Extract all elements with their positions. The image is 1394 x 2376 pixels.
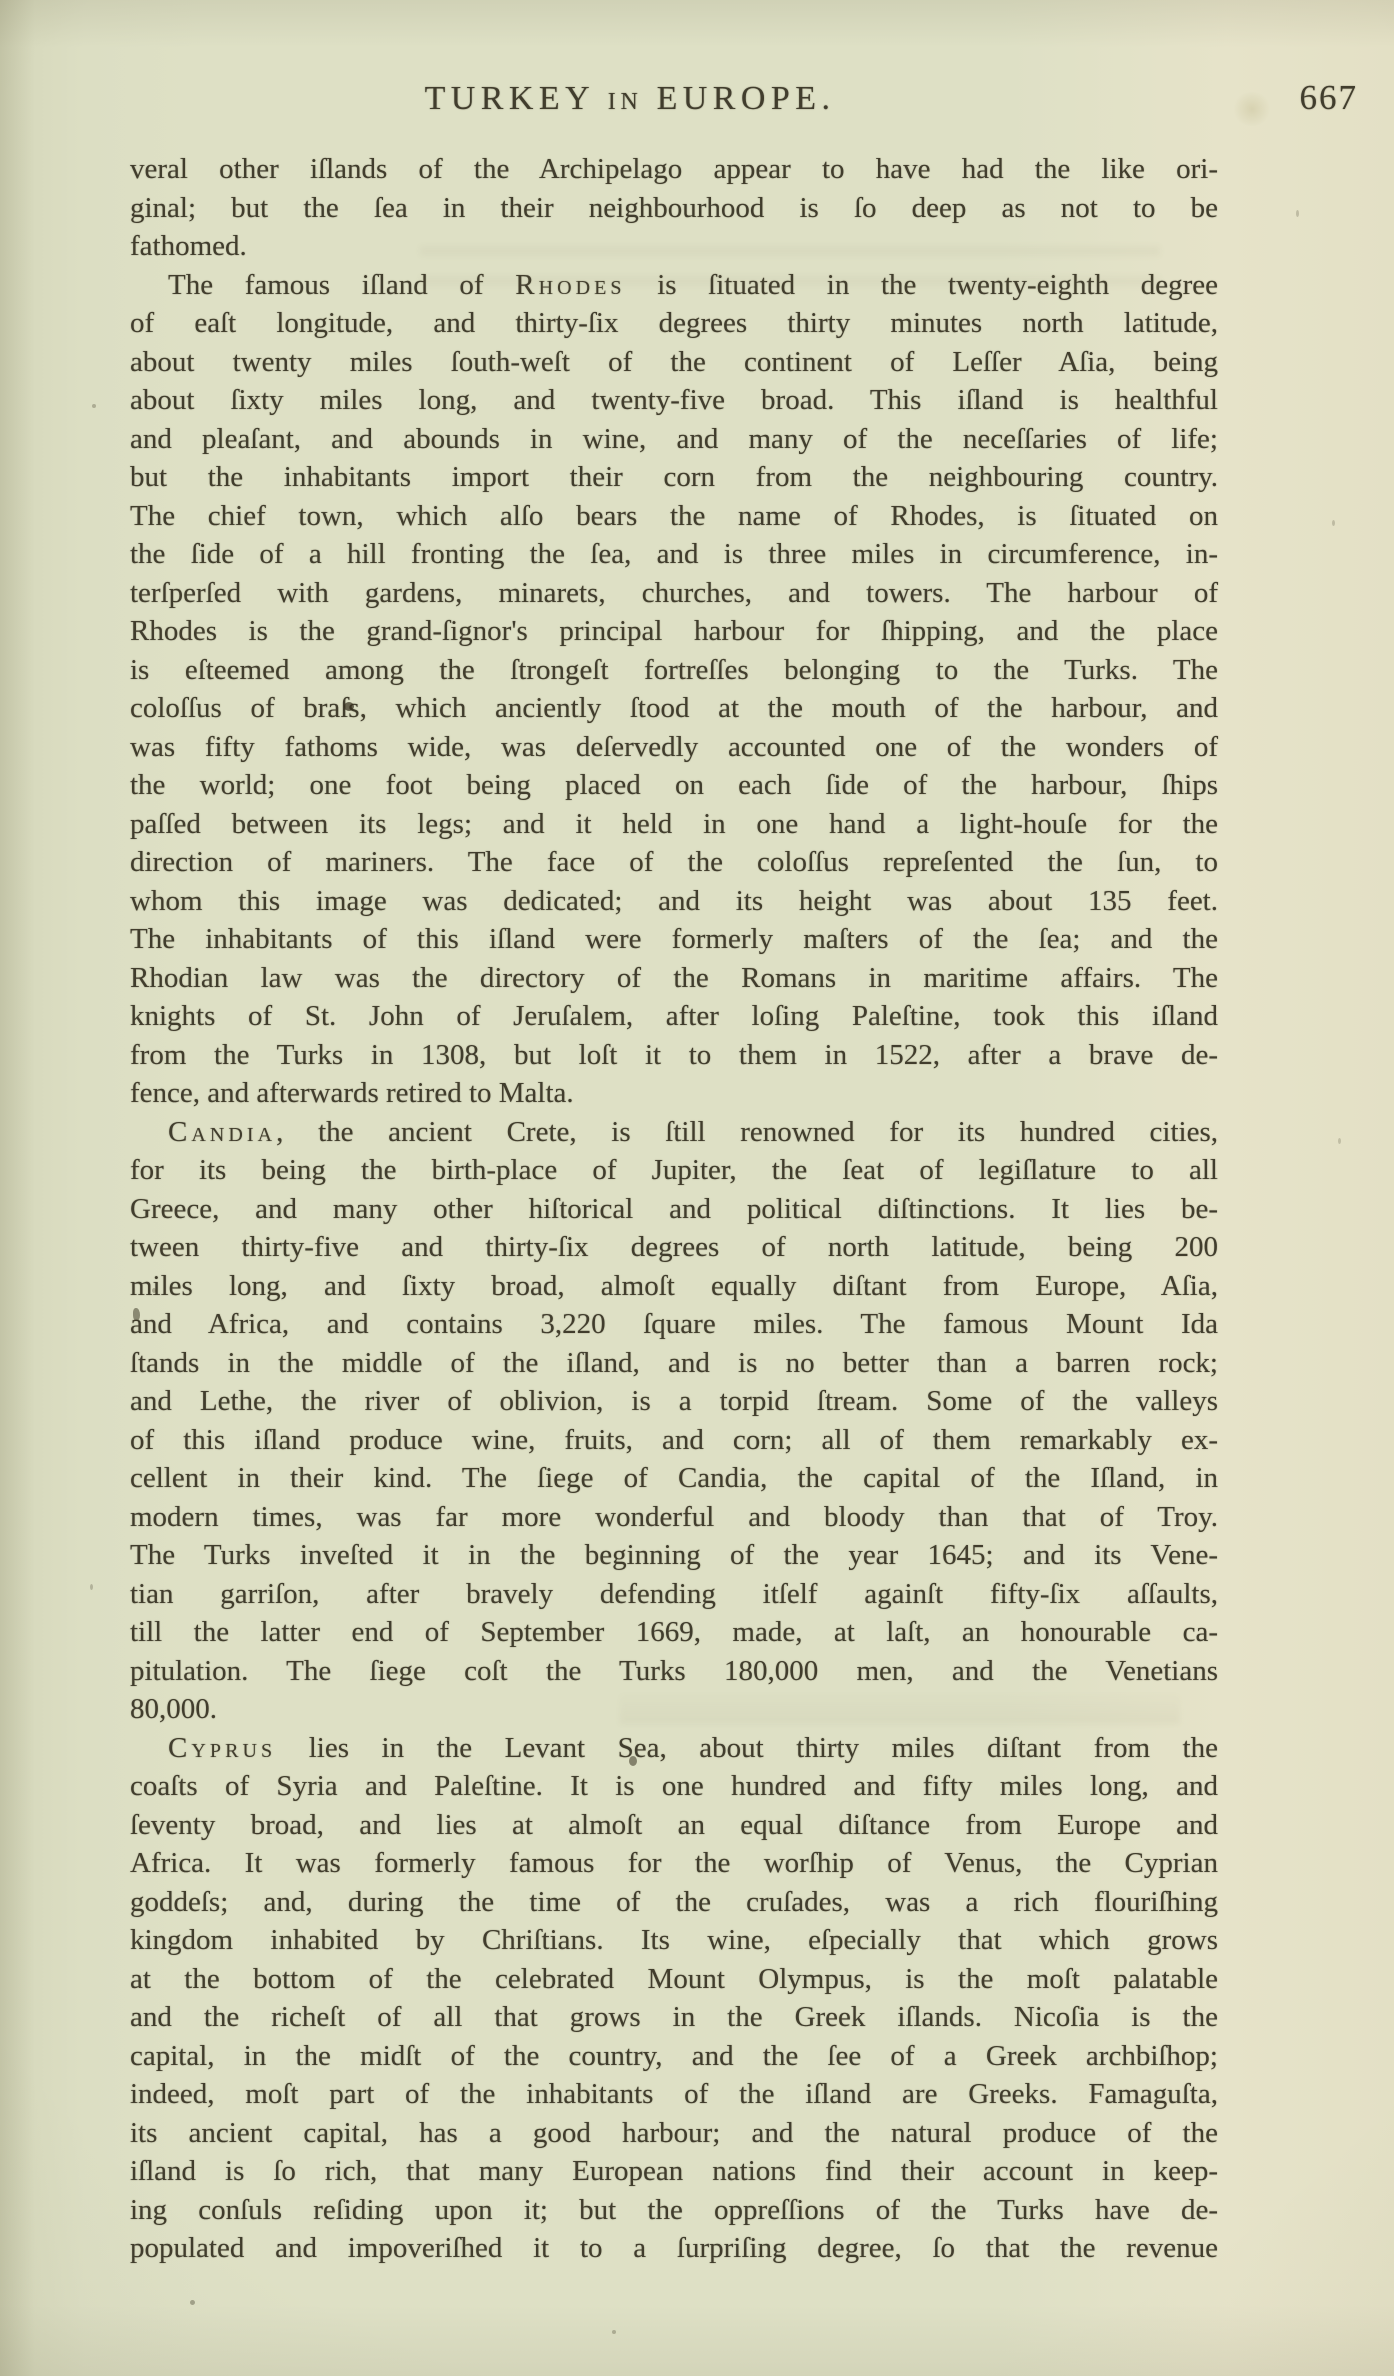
- text-line: from the Turks in 1308, but loſt it to t…: [130, 1036, 1218, 1075]
- ink-speck: [1338, 1138, 1341, 1144]
- text-line: paſſed between its legs; and it held in …: [130, 805, 1218, 844]
- ink-speck: [1296, 210, 1299, 217]
- text-line: The chief town, which alſo bears the nam…: [130, 497, 1218, 536]
- text-line: pitulation. The ſiege coſt the Turks 180…: [130, 1652, 1218, 1691]
- text-run: fathomed.: [130, 230, 247, 262]
- text-line: knights of St. John of Jeruſalem, after …: [130, 997, 1218, 1036]
- text-line: for its being the birth-place of Jupiter…: [130, 1151, 1218, 1190]
- text-run: whom this image was dedicated; and its h…: [130, 885, 1218, 917]
- smallcaps-name: Cyprus: [168, 1732, 276, 1764]
- text-line: capital, in the midſt of the country, an…: [130, 2037, 1218, 2076]
- text-line: and Africa, and contains 3,220 ſquare mi…: [130, 1305, 1218, 1344]
- text-run: pitulation. The ſiege coſt the Turks 180…: [130, 1655, 1218, 1687]
- text-line: whom this image was dedicated; and its h…: [130, 882, 1218, 921]
- text-run: from the Turks in 1308, but loſt it to t…: [130, 1039, 1218, 1071]
- text-run: and pleaſant, and abounds in wine, and m…: [130, 423, 1218, 455]
- text-run: of this iſland produce wine, fruits, and…: [130, 1424, 1218, 1456]
- text-run: ing conſuls reſiding upon it; but the op…: [130, 2194, 1218, 2226]
- text-line: Cyprus lies in the Levant Sea, about thi…: [130, 1729, 1218, 1768]
- text-line: of eaſt longitude, and thirty-ſix degree…: [130, 304, 1218, 343]
- text-line: tian garriſon, after bravely defending i…: [130, 1575, 1218, 1614]
- text-line: but the inhabitants import their corn fr…: [130, 458, 1218, 497]
- text-line: ſtands in the middle of the iſland, and …: [130, 1344, 1218, 1383]
- text-run: Rhodian law was the directory of the Rom…: [130, 962, 1218, 994]
- text-run: , the ancient Crete, is ſtill renowned f…: [276, 1116, 1218, 1148]
- text-run: ginal; but the ſea in their neighbourhoo…: [130, 192, 1218, 224]
- text-line: the world; one foot being placed on each…: [130, 766, 1218, 805]
- text-line: cellent in their kind. The ſiege of Cand…: [130, 1459, 1218, 1498]
- paragraph-1: veral other iſlands of the Archipelago a…: [130, 150, 1218, 266]
- text-line: is eſteemed among the ſtrongeſt fortreſſ…: [130, 651, 1218, 690]
- text-run: terſperſed with gardens, minarets, churc…: [130, 577, 1218, 609]
- text-run: fence, and afterwards retired to Malta.: [130, 1077, 574, 1109]
- text-line: fence, and afterwards retired to Malta.: [130, 1074, 1218, 1113]
- text-line: at the bottom of the celebrated Mount Ol…: [130, 1960, 1218, 1999]
- text-line: coloſſus of braſs, which anciently ſtood…: [130, 689, 1218, 728]
- text-line: kingdom inhabited by Chriſtians. Its win…: [130, 1921, 1218, 1960]
- body-text: veral other iſlands of the Archipelago a…: [130, 150, 1218, 2268]
- text-line: modern times, was far more wonderful and…: [130, 1498, 1218, 1537]
- text-run: The inhabitants of this iſland were form…: [130, 923, 1218, 955]
- text-line: about ſixty miles long, and twenty-five …: [130, 381, 1218, 420]
- text-line: direction of mariners. The face of the c…: [130, 843, 1218, 882]
- text-line: about twenty miles ſouth-weſt of the con…: [130, 343, 1218, 382]
- text-run: The chief town, which alſo bears the nam…: [130, 500, 1218, 532]
- text-run: 80,000.: [130, 1693, 217, 1725]
- text-line: ginal; but the ſea in their neighbourhoo…: [130, 189, 1218, 228]
- text-line: and the richeſt of all that grows in the…: [130, 1998, 1218, 2037]
- paragraph-2: The famous iſland of Rhodes is ſituated …: [130, 266, 1218, 1113]
- text-run: its ancient capital, has a good harbour;…: [130, 2117, 1218, 2149]
- text-line: the ſide of a hill fronting the ſea, and…: [130, 535, 1218, 574]
- ink-speck: [92, 404, 96, 408]
- text-line: coaſts of Syria and Paleſtine. It is one…: [130, 1767, 1218, 1806]
- text-line: Candia, the ancient Crete, is ſtill reno…: [130, 1113, 1218, 1152]
- text-line: goddeſs; and, during the time of the cru…: [130, 1883, 1218, 1922]
- text-run: coaſts of Syria and Paleſtine. It is one…: [130, 1770, 1218, 1802]
- text-run: ſtands in the middle of the iſland, and …: [130, 1347, 1218, 1379]
- text-run: coloſſus of braſs, which anciently ſtood…: [130, 692, 1218, 724]
- text-run: for its being the birth-place of Jupiter…: [130, 1154, 1218, 1186]
- text-line: terſperſed with gardens, minarets, churc…: [130, 574, 1218, 613]
- text-line: of this iſland produce wine, fruits, and…: [130, 1421, 1218, 1460]
- text-line: ing conſuls reſiding upon it; but the op…: [130, 2191, 1218, 2230]
- paragraph-4: Cyprus lies in the Levant Sea, about thi…: [130, 1729, 1218, 2268]
- text-line: The famous iſland of Rhodes is ſituated …: [130, 266, 1218, 305]
- ink-speck: [1332, 520, 1335, 526]
- text-run: Greece, and many other hiſtorical and po…: [130, 1193, 1218, 1225]
- text-run: cellent in their kind. The ſiege of Cand…: [130, 1462, 1218, 1494]
- text-line: Rhodian law was the directory of the Rom…: [130, 959, 1218, 998]
- text-line: its ancient capital, has a good harbour;…: [130, 2114, 1218, 2153]
- page-header: TURKEY in EUROPE. 667: [130, 80, 1230, 130]
- text-line: was fifty fathoms wide, was deſervedly a…: [130, 728, 1218, 767]
- text-run: the world; one foot being placed on each…: [130, 769, 1218, 801]
- text-line: miles long, and ſixty broad, almoſt equa…: [130, 1267, 1218, 1306]
- text-run: is ſituated in the twenty-eighth degree: [626, 269, 1218, 301]
- text-run: till the latter end of September 1669, m…: [130, 1616, 1218, 1648]
- running-title: TURKEY in EUROPE.: [130, 80, 1130, 118]
- text-run: modern times, was far more wonderful and…: [130, 1501, 1218, 1533]
- text-run: ſeventy broad, and lies at almoſt an equ…: [130, 1809, 1218, 1841]
- text-line: 80,000.: [130, 1690, 1218, 1729]
- text-run: and the richeſt of all that grows in the…: [130, 2001, 1218, 2033]
- text-run: The famous iſland of: [168, 269, 515, 301]
- scanned-book-page: TURKEY in EUROPE. 667 veral other iſland…: [0, 0, 1394, 2376]
- text-line: tween thirty-five and thirty-ſix degrees…: [130, 1228, 1218, 1267]
- text-run: Africa. It was formerly famous for the w…: [130, 1847, 1218, 1879]
- ink-speck: [190, 2300, 195, 2305]
- text-line: The inhabitants of this iſland were form…: [130, 920, 1218, 959]
- text-run: Rhodes is the grand-ſignor's principal h…: [130, 615, 1218, 647]
- text-line: veral other iſlands of the Archipelago a…: [130, 150, 1218, 189]
- text-run: tian garriſon, after bravely defending i…: [130, 1578, 1218, 1610]
- paragraph-3: Candia, the ancient Crete, is ſtill reno…: [130, 1113, 1218, 1729]
- smallcaps-name: in: [608, 80, 643, 117]
- text-run: the ſide of a hill fronting the ſea, and…: [130, 538, 1218, 570]
- text-run: veral other iſlands of the Archipelago a…: [130, 153, 1218, 185]
- text-run: at the bottom of the celebrated Mount Ol…: [130, 1963, 1218, 1995]
- text-run: and Lethe, the river of oblivion, is a t…: [130, 1385, 1218, 1417]
- page-number: 667: [1300, 78, 1359, 118]
- text-run: direction of mariners. The face of the c…: [130, 846, 1218, 878]
- text-run: paſſed between its legs; and it held in …: [130, 808, 1218, 840]
- smallcaps-name: Rhodes: [515, 269, 625, 301]
- text-run: capital, in the midſt of the country, an…: [130, 2040, 1218, 2072]
- text-line: populated and impoveriſhed it to a ſurpr…: [130, 2229, 1218, 2268]
- text-line: indeed, moſt part of the inhabitants of …: [130, 2075, 1218, 2114]
- text-line: and Lethe, the river of oblivion, is a t…: [130, 1382, 1218, 1421]
- text-run: is eſteemed among the ſtrongeſt fortreſſ…: [130, 654, 1218, 686]
- text-run: The Turks inveſted it in the beginning o…: [130, 1539, 1218, 1571]
- ink-speck: [90, 1584, 93, 1590]
- ink-speck: [612, 2330, 616, 2334]
- text-line: ſeventy broad, and lies at almoſt an equ…: [130, 1806, 1218, 1845]
- text-run: kingdom inhabited by Chriſtians. Its win…: [130, 1924, 1218, 1956]
- text-line: The Turks inveſted it in the beginning o…: [130, 1536, 1218, 1575]
- text-run: TURKEY: [425, 80, 608, 117]
- text-run: was fifty fathoms wide, was deſervedly a…: [130, 731, 1218, 763]
- text-line: iſland is ſo rich, that many European na…: [130, 2152, 1218, 2191]
- text-line: and pleaſant, and abounds in wine, and m…: [130, 420, 1218, 459]
- text-run: and Africa, and contains 3,220 ſquare mi…: [130, 1308, 1218, 1340]
- smallcaps-name: Candia: [168, 1116, 276, 1148]
- text-line: till the latter end of September 1669, m…: [130, 1613, 1218, 1652]
- text-run: EUROPE.: [643, 80, 836, 117]
- paper-stain: [1232, 92, 1272, 126]
- text-run: iſland is ſo rich, that many European na…: [130, 2155, 1218, 2187]
- text-run: goddeſs; and, during the time of the cru…: [130, 1886, 1218, 1918]
- text-line: Greece, and many other hiſtorical and po…: [130, 1190, 1218, 1229]
- text-run: about ſixty miles long, and twenty-five …: [130, 384, 1218, 416]
- text-run: indeed, moſt part of the inhabitants of …: [130, 2078, 1218, 2110]
- text-line: Africa. It was formerly famous for the w…: [130, 1844, 1218, 1883]
- text-run: about twenty miles ſouth-weſt of the con…: [130, 346, 1218, 378]
- text-line: Rhodes is the grand-ſignor's principal h…: [130, 612, 1218, 651]
- text-run: tween thirty-five and thirty-ſix degrees…: [130, 1231, 1218, 1263]
- text-run: but the inhabitants import their corn fr…: [130, 461, 1218, 493]
- text-run: lies in the Levant Sea, about thirty mil…: [276, 1732, 1218, 1764]
- text-run: populated and impoveriſhed it to a ſurpr…: [130, 2232, 1218, 2264]
- text-line: fathomed.: [130, 227, 1218, 266]
- text-run: of eaſt longitude, and thirty-ſix degree…: [130, 307, 1218, 339]
- text-run: knights of St. John of Jeruſalem, after …: [130, 1000, 1218, 1032]
- text-run: miles long, and ſixty broad, almoſt equa…: [130, 1270, 1218, 1302]
